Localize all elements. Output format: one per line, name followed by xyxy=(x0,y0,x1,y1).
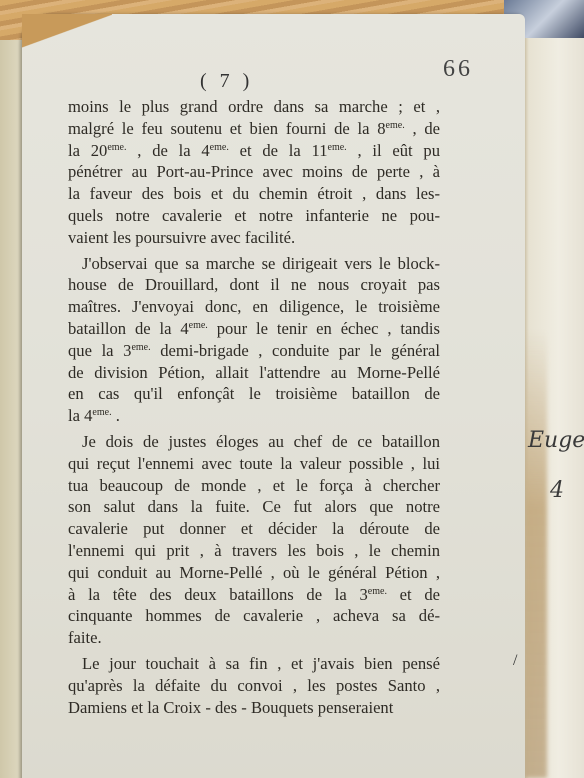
text-line: qu'après la défaite du convoi , les post… xyxy=(68,675,440,697)
text-line: quels notre cavalerie et notre infanteri… xyxy=(68,205,440,227)
text-line: la faveur des bois et du chemin étroit ,… xyxy=(68,183,440,205)
paragraph: Je dois de justes éloges au chef de ce b… xyxy=(68,431,440,649)
handwriting-fragment: Eugen xyxy=(528,428,584,453)
text-line: la 4eme. . xyxy=(68,405,440,427)
text-line: l'ennemi qui prit , à travers les bois ,… xyxy=(68,540,440,562)
text-line: faite. xyxy=(68,627,440,649)
page-number: ( 7 ) xyxy=(200,70,253,93)
text-line: la 20eme. , de la 4eme. et de la 11eme. … xyxy=(68,140,440,162)
text-line: vaient les poursuivre avec facilité. xyxy=(68,227,440,249)
paragraph: J'observai que sa marche se dirigeait ve… xyxy=(68,253,440,427)
text-line: cinquante hommes de cavalerie , acheva s… xyxy=(68,605,440,627)
text-line: house de Drouillard, dont il ne nous cro… xyxy=(68,274,440,296)
page-corner-curl xyxy=(22,14,112,64)
text-line: en cas qu'il enfonçât le troisième batai… xyxy=(68,383,440,405)
text-line: Le jour touchait à sa fin , et j'avais b… xyxy=(68,653,440,675)
text-line: tua beaucoup de monde , et le força à ch… xyxy=(68,475,440,497)
body-text: moins le plus grand ordre dans sa marche… xyxy=(68,96,440,718)
text-line: qui conduit au Morne-Pellé , où le génér… xyxy=(68,562,440,584)
text-line: que la 3eme. demi-brigade , conduite par… xyxy=(68,340,440,362)
text-line: J'observai que sa marche se dirigeait ve… xyxy=(68,253,440,275)
text-line: Damiens et la Croix - des - Bouquets pen… xyxy=(68,697,440,719)
folio-number: 66 xyxy=(443,56,473,83)
text-line: cavalerie put donner et décider la dérou… xyxy=(68,518,440,540)
paragraph: Le jour touchait à sa fin , et j'avais b… xyxy=(68,653,440,718)
text-line: Je dois de justes éloges au chef de ce b… xyxy=(68,431,440,453)
text-line: malgré le feu soutenu et bien fourni de … xyxy=(68,118,440,140)
text-line: qui reçut l'ennemi avec toute la valeur … xyxy=(68,453,440,475)
text-line: pénétrer au Port-au-Prince avec moins de… xyxy=(68,161,440,183)
margin-mark: / xyxy=(513,652,517,670)
text-line: bataillon de la 4eme. pour le tenir en é… xyxy=(68,318,440,340)
text-line: maîtres. J'envoyai donc, en diligence, l… xyxy=(68,296,440,318)
handwriting-fragment: 4 xyxy=(550,478,564,503)
text-line: son salut dans la fuite. Ce fut alors qu… xyxy=(68,496,440,518)
text-line: à la tête des deux bataillons de la 3eme… xyxy=(68,584,440,606)
paragraph: moins le plus grand ordre dans sa marche… xyxy=(68,96,440,249)
water-stain xyxy=(525,330,547,778)
text-line: de division Pétion, allait l'attendre au… xyxy=(68,362,440,384)
text-line: moins le plus grand ordre dans sa marche… xyxy=(68,96,440,118)
